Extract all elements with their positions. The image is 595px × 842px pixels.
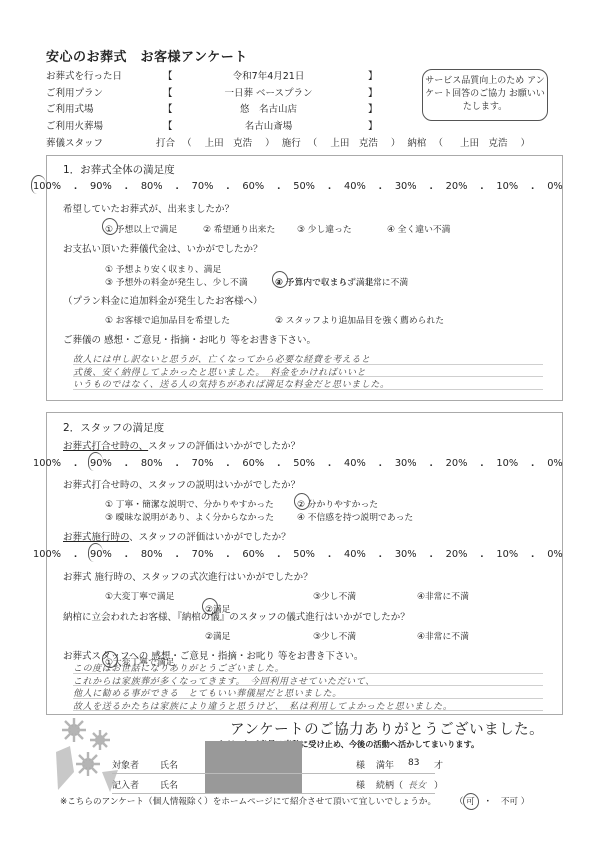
age-label: 満年 [376, 758, 394, 771]
percent-option[interactable]: 0% [547, 181, 563, 195]
consent-yes-selected[interactable]: 可 [466, 797, 475, 807]
separator: ・ [426, 458, 436, 472]
separator: ・ [172, 458, 182, 472]
percent-option[interactable]: 40% [344, 181, 366, 195]
staff-row: 葬儀スタッフ 打合 （ 上田 克浩 ） 施行 （ 上田 克浩 ） 納棺 （ 上田… [46, 135, 530, 149]
redacted-name [205, 741, 302, 773]
percent-option-selected[interactable]: 90% [90, 549, 112, 563]
option[interactable]: ① 丁寧・簡潔な説明で、分かりやすかった [105, 497, 274, 510]
option[interactable]: ① お客様で追加品目を希望した [105, 313, 230, 326]
subject-row: 対象者 氏名 様 満年 83 才 [112, 754, 435, 774]
option[interactable]: ③ 少し違った [297, 222, 352, 235]
info-row-venue: ご利用式場 【 悠 名古山店 】 [46, 101, 386, 115]
separator: ・ [71, 181, 81, 195]
question-emphasis: お葬式打合せ時の、 [63, 441, 148, 452]
percent-option[interactable]: 10% [496, 549, 518, 563]
separator: ・ [325, 549, 335, 563]
option[interactable]: ③少し不満 [313, 589, 356, 602]
bracket-right: 】 [368, 101, 378, 115]
percent-option[interactable]: 90% [90, 181, 112, 195]
question-wish: 希望していたお葬式が、出来ましたか？ [63, 201, 234, 215]
percent-option[interactable]: 30% [395, 458, 417, 472]
percent-option[interactable]: 60% [242, 458, 264, 472]
separator: ・ [223, 181, 233, 195]
subject-role: 対象者 [112, 758, 139, 771]
separator: ・ [528, 458, 538, 472]
question-emphasis: お葬式施行時の [63, 532, 129, 543]
percent-option[interactable]: 80% [141, 549, 163, 563]
ceremony-label: 施行 [282, 135, 301, 149]
separator: ・ [121, 458, 131, 472]
comment-area[interactable]: この度はお世話になりありがとうございました。 これからは家族葬が多くなってきます… [73, 661, 543, 711]
option[interactable]: ③ 曖昧な説明があり、よく分からなかった [105, 510, 274, 523]
separator: ・ [426, 181, 436, 195]
percent-scale[interactable]: 100% ・ 90% ・ 80% ・ 70% ・ 60% ・ 50% ・ 40%… [33, 181, 563, 195]
age-value[interactable]: 83 [408, 758, 419, 768]
percent-option[interactable]: 70% [192, 181, 214, 195]
separator: ・ [375, 458, 385, 472]
page-title: 安心のお葬式 お客様アンケート [46, 46, 248, 65]
comment-line: この度はお世話になりありがとうございました。 [73, 661, 543, 674]
paren: ） [521, 135, 531, 149]
question-meeting-explanation: お葬式打合せ時の、スタッフの説明はいかがでしたか？ [63, 477, 300, 491]
comment-line: 故人には申し訳ないと思うが、亡くなってから必要な経費を考えると [73, 352, 543, 365]
encoffin-label: 納棺 [407, 135, 426, 149]
info-row-date: お葬式を行った日 【 令和7年4月21日 】 [46, 68, 386, 82]
separator: ・ [223, 458, 233, 472]
relation-label: 続柄（ [376, 778, 403, 791]
separator: ・ [223, 549, 233, 563]
separator: ・ [528, 549, 538, 563]
comment-prompt: お葬式スタッフへの 感想・ご意見・指摘・お叱り 等をお書き下さい。 [63, 648, 363, 662]
percent-option[interactable]: 50% [293, 458, 315, 472]
encoffin-staff-name: 上田 克浩 [460, 135, 508, 149]
percent-option[interactable]: 60% [242, 181, 264, 195]
separator: ・ [477, 549, 487, 563]
question-meeting-rating: お葬式打合せ時の、スタッフの評価はいかがでしたか？ [63, 438, 300, 452]
percent-option-selected[interactable]: 100% [33, 181, 61, 195]
info-row-crematorium: ご利用火葬場 【 名古山斎場 】 [46, 118, 386, 132]
thanks-heading: アンケートのご協力ありがとうございました。 [230, 718, 544, 739]
paren: （ [308, 135, 318, 149]
comment-line: いうものではなく、送る人の気持ちがあれば満足な料金だと思いました。 [73, 377, 543, 390]
question-encoffin-ritual: 納棺に立会われたお客様、『納棺の儀』のスタッフの儀式進行はいかがでしたか？ [63, 609, 410, 623]
separator: ・ [528, 181, 538, 195]
section-title: 1．お葬式全体の満足度 [63, 162, 175, 177]
option[interactable]: ② スタッフより追加品目を強く薦められた [275, 313, 444, 326]
percent-option[interactable]: 0% [547, 458, 563, 472]
crematorium-label: ご利用火葬場 [46, 118, 103, 132]
separator: ・ [483, 797, 492, 807]
plan-value: 一日葬 ベースプラン [171, 85, 366, 99]
separator: ・ [325, 181, 335, 195]
relation-close: ） [434, 778, 443, 791]
percent-option[interactable]: 80% [141, 458, 163, 472]
option[interactable]: ③少し不満 [313, 629, 356, 642]
percent-option[interactable]: 50% [293, 549, 315, 563]
comment-area[interactable]: 故人には申し訳ないと思うが、亡くなってから必要な経費を考えると 式後、安く納得し… [73, 352, 543, 390]
section-title: 2．スタッフの満足度 [63, 420, 164, 435]
option[interactable]: ① 予想より安く収まり、満足 [105, 262, 221, 275]
writer-role: 記入者 [112, 778, 139, 791]
name-label: 氏名 [160, 758, 178, 771]
option[interactable]: ④非常に不満 [417, 589, 469, 602]
consent-question: ※こちらのアンケート（個人情報除く）をホームページにて紹介させて頂いて宜しいでし… [60, 797, 436, 807]
percent-option[interactable]: 50% [293, 181, 315, 195]
separator: ・ [172, 181, 182, 195]
option[interactable]: ② 希望通り出来た [203, 222, 275, 235]
percent-scale-ceremony[interactable]: 100% ・ 90% ・ 80% ・ 70% ・ 60% ・ 50% ・ 40%… [33, 549, 563, 563]
venue-value: 悠 名古山店 [171, 101, 366, 115]
staff-label: 葬儀スタッフ [46, 135, 153, 149]
percent-option[interactable]: 10% [496, 181, 518, 195]
percent-option[interactable]: 20% [446, 181, 468, 195]
percent-option[interactable]: 100% [33, 549, 61, 563]
writer-row: 記入者 氏名 様 続柄（ 長女 ） [112, 774, 435, 794]
percent-option[interactable]: 70% [192, 549, 214, 563]
option[interactable]: ④ 全く違い不満 [387, 222, 450, 235]
date-label: お葬式を行った日 [46, 68, 122, 82]
bracket-right: 】 [368, 118, 378, 132]
separator: ・ [477, 181, 487, 195]
option[interactable]: ①大変丁寧で満足 [105, 589, 174, 602]
comment-line: 故人を送るかたちは家族により違うと思うけど、 私は利用してよかったと思いました。 [73, 699, 543, 712]
paren: ） [265, 135, 275, 149]
percent-option[interactable]: 40% [344, 458, 366, 472]
separator: ・ [71, 549, 81, 563]
comment-line: これからは家族葬が多くなってきます。 今回利用させていただいて、 [73, 674, 543, 687]
paren: （ [182, 135, 192, 149]
redacted-name [205, 774, 302, 793]
option[interactable]: ④非常に不満 [417, 629, 469, 642]
separator: ・ [71, 458, 81, 472]
separator: ・ [274, 458, 284, 472]
option[interactable]: ④ 予算内で収まらず、非常に不満 [275, 275, 408, 288]
percent-option[interactable]: 60% [242, 549, 264, 563]
option[interactable]: ③ 予想外の料金が発生し、少し不満 [105, 275, 248, 288]
option-selected[interactable]: ② 分かりやすかった [297, 497, 595, 510]
comment-line: 式後、安く納得してよかったと思いました。 料金をかければいいと [73, 365, 543, 378]
comment-prompt: ご葬儀の 感想・ご意見・指摘・お叱り 等をお書き下さい。 [63, 332, 316, 346]
percent-option[interactable]: 80% [141, 181, 163, 195]
paren: ） [391, 135, 401, 149]
question-ceremony-rating: お葬式施行時の、スタッフの評価はいかがでしたか？ [63, 529, 291, 543]
percent-option[interactable]: 30% [395, 181, 417, 195]
percent-option-selected[interactable]: 90% [90, 458, 112, 472]
question-additional-fee: （プラン料金に追加料金が発生したお客様へ） [63, 293, 263, 307]
age-unit: 才 [434, 758, 443, 771]
bracket-right: 】 [368, 68, 378, 82]
separator: ・ [325, 458, 335, 472]
percent-option[interactable]: 70% [192, 458, 214, 472]
separator: ・ [121, 181, 131, 195]
honorific: 様 [356, 758, 365, 771]
separator: ・ [274, 549, 284, 563]
relation-value[interactable]: 長女 [408, 778, 426, 791]
option[interactable]: ②満足 [205, 629, 230, 642]
percent-option[interactable]: 30% [395, 549, 417, 563]
meeting-staff-name: 上田 克浩 [205, 135, 253, 149]
plan-label: ご利用プラン [46, 85, 103, 99]
paren: ） [521, 797, 530, 807]
separator: ・ [426, 549, 436, 563]
question-text: 、スタッフの評価はいかがでしたか？ [129, 532, 291, 543]
percent-option[interactable]: 20% [446, 458, 468, 472]
honorific: 様 [356, 778, 365, 791]
percent-option[interactable]: 20% [446, 549, 468, 563]
separator: ・ [274, 181, 284, 195]
name-label: 氏名 [160, 778, 178, 791]
section-staff-satisfaction: 2．スタッフの満足度 お葬式打合せ時の、スタッフの評価はいかがでしたか？ 100… [46, 412, 563, 715]
separator: ・ [121, 549, 131, 563]
question-payment: お支払い頂いた葬儀代金は、いかがでしたか？ [63, 241, 263, 255]
bracket-right: 】 [368, 85, 378, 99]
info-row-plan: ご利用プラン 【 一日葬 ベースプラン 】 [46, 85, 386, 99]
venue-label: ご利用式場 [46, 101, 94, 115]
meeting-label: 打合 [156, 135, 175, 149]
separator: ・ [172, 549, 182, 563]
separator: ・ [477, 458, 487, 472]
paren: （ [433, 135, 443, 149]
percent-scale-meeting[interactable]: 100% ・ 90% ・ 80% ・ 70% ・ 60% ・ 50% ・ 40%… [33, 458, 563, 472]
separator: ・ [375, 549, 385, 563]
separator: ・ [375, 181, 385, 195]
percent-option[interactable]: 0% [547, 549, 563, 563]
notice-box: サービス品質向上のため アンケート回答のご協力 お願いいたします。 [422, 69, 548, 121]
comment-line: 他人に勧める事ができる とてもいい葬儀屋だと思いました。 [73, 686, 543, 699]
consent-no[interactable]: 不可 [501, 797, 518, 807]
question-ceremony-progress: お葬式 施行時の、スタッフの式次進行はいかがでしたか？ [63, 569, 313, 583]
ceremony-staff-name: 上田 克浩 [330, 135, 378, 149]
question-text: スタッフの評価はいかがでしたか？ [148, 441, 300, 452]
option[interactable]: ④ 不信感を持つ説明であった [297, 510, 413, 523]
percent-option[interactable]: 100% [33, 458, 61, 472]
percent-option[interactable]: 10% [496, 458, 518, 472]
date-value: 令和7年4月21日 [171, 68, 366, 82]
crematorium-value: 名古山斎場 [171, 118, 366, 132]
percent-option[interactable]: 40% [344, 549, 366, 563]
section-overall-satisfaction: 1．お葬式全体の満足度 100% ・ 90% ・ 80% ・ 70% ・ 60%… [46, 155, 563, 401]
consent-row: ※こちらのアンケート（個人情報除く）をホームページにて紹介させて頂いて宜しいでし… [60, 795, 529, 807]
